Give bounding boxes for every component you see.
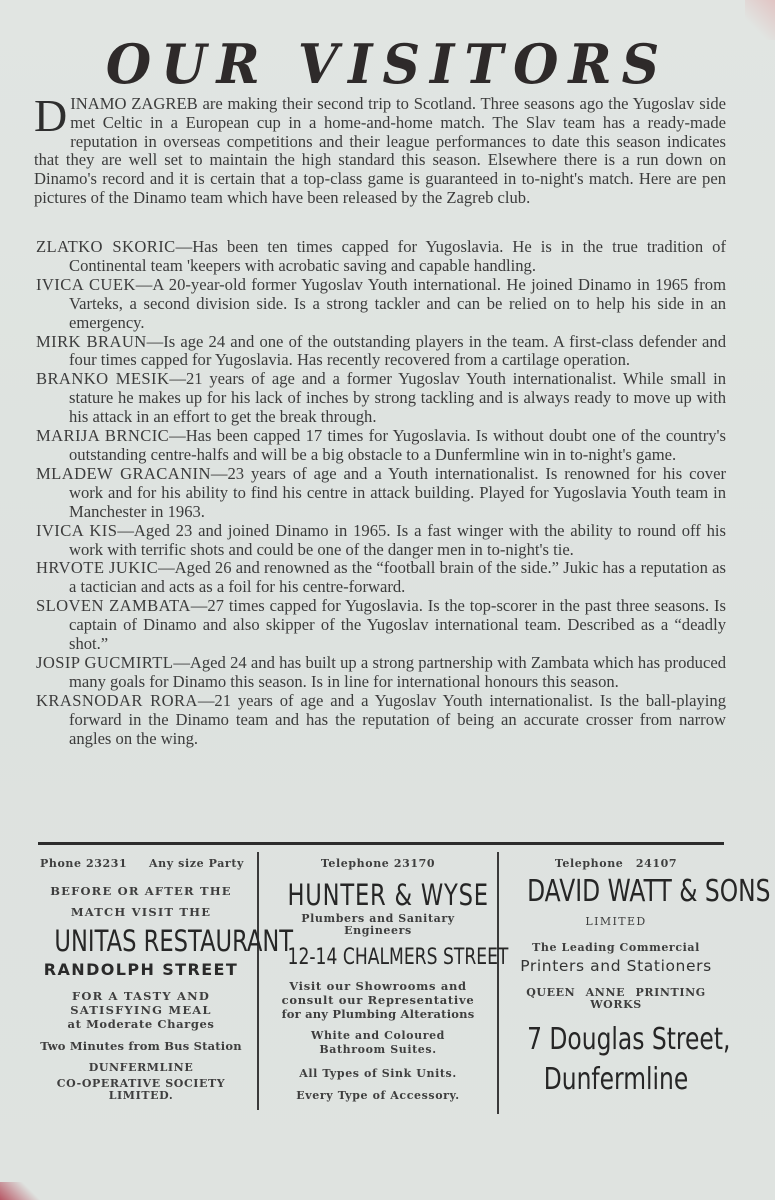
ad-line: Engineers bbox=[262, 925, 494, 937]
programme-page: OUR VISITORS DINAMO ZAGREB are making th… bbox=[0, 0, 775, 1200]
ad-address: 7 Douglas Street, bbox=[527, 1023, 705, 1057]
separator: — bbox=[158, 558, 175, 577]
player-entry: BRANKO MESIK—21 years of age and a forme… bbox=[36, 370, 726, 427]
ad-line: DUNFERMLINE bbox=[30, 1061, 252, 1075]
player-name: IVICA CUEK bbox=[36, 275, 136, 294]
page-corner-tint bbox=[0, 1182, 40, 1200]
player-entry: IVICA KIS—Aged 23 and joined Dinamo in 1… bbox=[36, 522, 726, 560]
intro-paragraph: DINAMO ZAGREB are making their second tr… bbox=[34, 95, 726, 208]
ad-line: WORKS bbox=[502, 999, 730, 1011]
page-title: OUR VISITORS bbox=[0, 32, 775, 96]
ad-line: FOR A TASTY AND bbox=[30, 989, 252, 1003]
ad-line: White and Coloured bbox=[262, 1029, 494, 1043]
ad-line: Every Type of Accessory. bbox=[262, 1089, 494, 1103]
separator: — bbox=[211, 464, 228, 483]
ad-line: for any Plumbing Alterations bbox=[262, 1007, 494, 1021]
ad-party: Any size Party bbox=[149, 857, 244, 871]
ad-unitas-restaurant: Phone 23231 Any size Party BEFORE OR AFT… bbox=[30, 850, 252, 1102]
player-name: ZLATKO SKORIC bbox=[36, 237, 176, 256]
ad-street: RANDOLPH STREET bbox=[30, 960, 252, 979]
player-name: IVICA KIS bbox=[36, 521, 117, 540]
ad-line: Two Minutes from Bus Station bbox=[30, 1039, 252, 1053]
ad-phone: Telephone 24107 bbox=[502, 857, 730, 871]
player-description: Aged 23 and joined Dinamo in 1965. Is a … bbox=[69, 521, 726, 559]
ad-line: The Leading Commercial bbox=[502, 941, 730, 955]
player-list: ZLATKO SKORIC—Has been ten times capped … bbox=[36, 238, 726, 748]
player-entry: MLADEW GRACANIN—23 years of age and a Yo… bbox=[36, 465, 726, 522]
separator: — bbox=[198, 691, 215, 710]
ad-business-name: HUNTER & WYSE bbox=[288, 879, 469, 911]
player-name: MIRK BRAUN bbox=[36, 332, 147, 351]
ad-line: LIMITED bbox=[502, 915, 730, 929]
separator: — bbox=[169, 369, 186, 388]
player-name: KRASNODAR RORA bbox=[36, 691, 198, 710]
ad-business-name: UNITAS RESTAURANT bbox=[54, 924, 227, 958]
player-name: BRANKO MESIK bbox=[36, 369, 169, 388]
section-divider bbox=[38, 842, 724, 845]
ad-phone: Telephone 23170 bbox=[262, 857, 494, 871]
ad-line: MATCH VISIT THE bbox=[30, 905, 252, 919]
player-entry: JOSIP GUCMIRTL—Aged 24 and has built up … bbox=[36, 654, 726, 692]
player-name: MARIJA BRNCIC bbox=[36, 426, 169, 445]
separator: — bbox=[147, 332, 164, 351]
ad-line: Bathroom Suites. bbox=[262, 1043, 494, 1057]
ad-hunter-wyse: Telephone 23170 HUNTER & WYSE Plumbers a… bbox=[262, 850, 494, 1103]
column-divider bbox=[257, 852, 259, 1110]
player-entry: MIRK BRAUN—Is age 24 and one of the outs… bbox=[36, 333, 726, 371]
player-entry: KRASNODAR RORA—21 years of age and a Yug… bbox=[36, 692, 726, 749]
player-name: MLADEW GRACANIN bbox=[36, 464, 211, 483]
player-entry: MARIJA BRNCIC—Has been capped 17 times f… bbox=[36, 427, 726, 465]
separator: — bbox=[173, 653, 190, 672]
separator: — bbox=[169, 426, 186, 445]
player-description: Is age 24 and one of the outstanding pla… bbox=[69, 332, 726, 370]
separator: — bbox=[117, 521, 134, 540]
player-entry: ZLATKO SKORIC—Has been ten times capped … bbox=[36, 238, 726, 276]
player-name: SLOVEN ZAMBATA bbox=[36, 596, 191, 615]
player-name: HRVOTE JUKIC bbox=[36, 558, 158, 577]
dropcap: D bbox=[34, 97, 67, 135]
separator: — bbox=[191, 596, 208, 615]
ad-line: consult our Representative bbox=[262, 993, 494, 1007]
column-divider bbox=[497, 852, 499, 1114]
separator: — bbox=[176, 237, 193, 256]
ad-line: BEFORE OR AFTER THE bbox=[30, 884, 252, 898]
player-entry: SLOVEN ZAMBATA—27 times capped for Yugos… bbox=[36, 597, 726, 654]
ad-line: SATISFYING MEAL bbox=[30, 1003, 252, 1017]
ad-phone: Phone 23231 bbox=[40, 857, 127, 871]
player-entry: HRVOTE JUKIC—Aged 26 and renowned as the… bbox=[36, 559, 726, 597]
ad-line: at Moderate Charges bbox=[30, 1017, 252, 1031]
ad-david-watt-sons: Telephone 24107 DAVID WATT & SONS LIMITE… bbox=[502, 850, 730, 1097]
separator: — bbox=[136, 275, 153, 294]
ad-business-name: DAVID WATT & SONS bbox=[527, 875, 705, 909]
ad-trade: Printers and Stationers bbox=[502, 957, 730, 975]
player-entry: IVICA CUEK—A 20-year-old former Yugoslav… bbox=[36, 276, 726, 333]
player-name: JOSIP GUCMIRTL bbox=[36, 653, 173, 672]
ad-line: Visit our Showrooms and bbox=[262, 979, 494, 993]
ad-line: All Types of Sink Units. bbox=[262, 1067, 494, 1081]
ad-line: LIMITED. bbox=[30, 1090, 252, 1102]
intro-text: INAMO ZAGREB are making their second tri… bbox=[34, 94, 726, 207]
player-description: A 20-year-old former Yugoslav Youth inte… bbox=[69, 275, 726, 332]
ad-address: Dunfermline bbox=[527, 1063, 705, 1097]
ad-address: 12-14 CHALMERS STREET bbox=[288, 945, 469, 971]
